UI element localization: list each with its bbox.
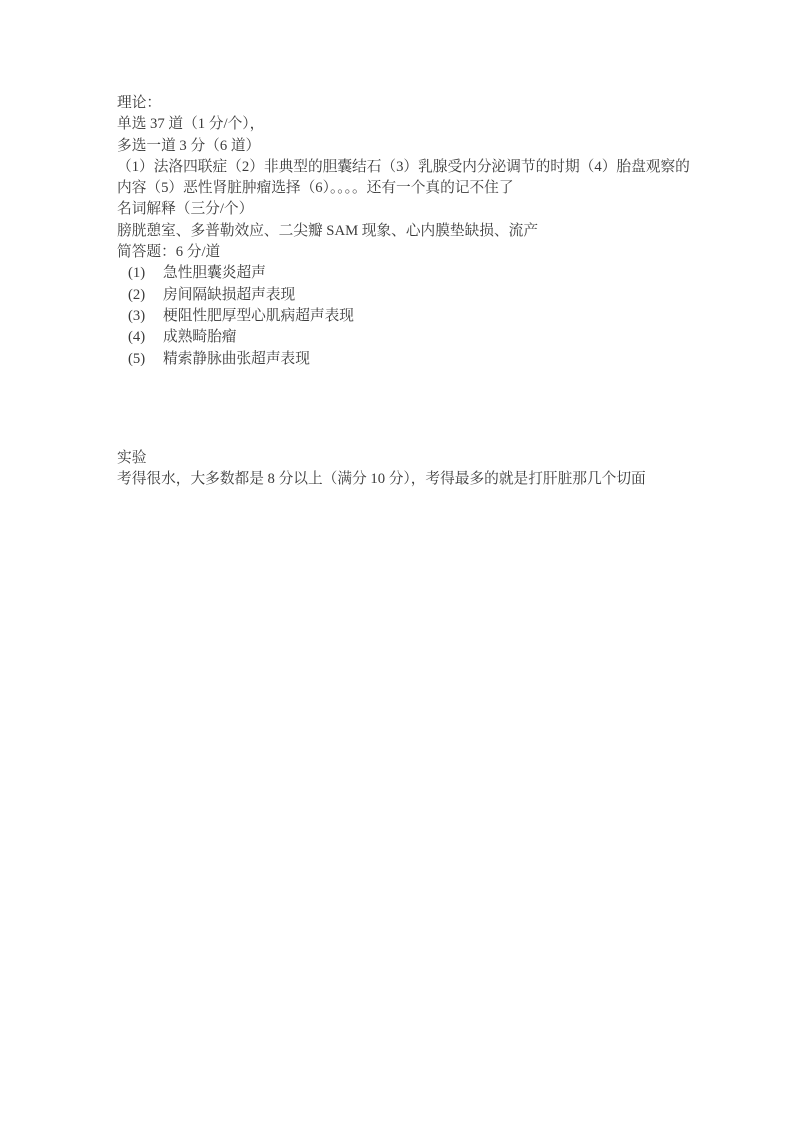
document-page: 理论： 单选 37 道（1 分/个）， 多选一道 3 分（6 道） （1）法洛四… [0, 0, 793, 1122]
line-single-choice: 单选 37 道（1 分/个）， [117, 114, 683, 135]
item-text: 梗阻性肥厚型心肌病超声表现 [163, 306, 354, 327]
line-short-answer-heading: 简答题：6 分/道 [117, 242, 683, 263]
short-answer-list: (1) 急性胆囊炎超声 (2) 房间隔缺损超声表现 (3) 梗阻性肥厚型心肌病超… [117, 263, 683, 369]
item-text: 房间隔缺损超声表现 [163, 285, 295, 306]
line-term-explanation-heading: 名词解释（三分/个） [117, 199, 683, 220]
short-answer-item: (3) 梗阻性肥厚型心肌病超声表现 [117, 306, 683, 327]
item-text: 急性胆囊炎超声 [163, 263, 266, 284]
item-text: 精索静脉曲张超声表现 [163, 349, 310, 370]
line-multi-choice-items-2: 内容（5）恶性肾脏肿瘤选择（6）。。。。还有一个真的记不住了 [117, 178, 683, 199]
line-multi-choice-items-1: （1）法洛四联症（2）非典型的胆囊结石（3）乳腺受内分泌调节的时期（4）胎盘观察… [117, 157, 683, 178]
experiment-note: 考得很水，大多数都是 8 分以上（满分 10 分），考得最多的就是打肝脏那几个切… [117, 469, 683, 490]
experiment-heading: 实验 [117, 448, 683, 469]
short-answer-item: (1) 急性胆囊炎超声 [117, 263, 683, 284]
line-multi-choice: 多选一道 3 分（6 道） [117, 136, 683, 157]
item-number: (3) [128, 306, 163, 327]
item-number: (2) [128, 285, 163, 306]
line-term-list: 膀胱憩室、多普勒效应、二尖瓣 SAM 现象、心内膜垫缺损、流产 [117, 221, 683, 242]
item-number: (5) [128, 349, 163, 370]
item-number: (4) [128, 327, 163, 348]
experiment-section: 实验 考得很水，大多数都是 8 分以上（满分 10 分），考得最多的就是打肝脏那… [117, 448, 683, 491]
short-answer-item: (4) 成熟畸胎瘤 [117, 327, 683, 348]
item-text: 成熟畸胎瘤 [163, 327, 236, 348]
short-answer-item: (2) 房间隔缺损超声表现 [117, 285, 683, 306]
theory-section: 理论： 单选 37 道（1 分/个）， 多选一道 3 分（6 道） （1）法洛四… [117, 93, 683, 370]
item-number: (1) [128, 263, 163, 284]
theory-heading: 理论： [117, 93, 683, 114]
short-answer-item: (5) 精索静脉曲张超声表现 [117, 349, 683, 370]
